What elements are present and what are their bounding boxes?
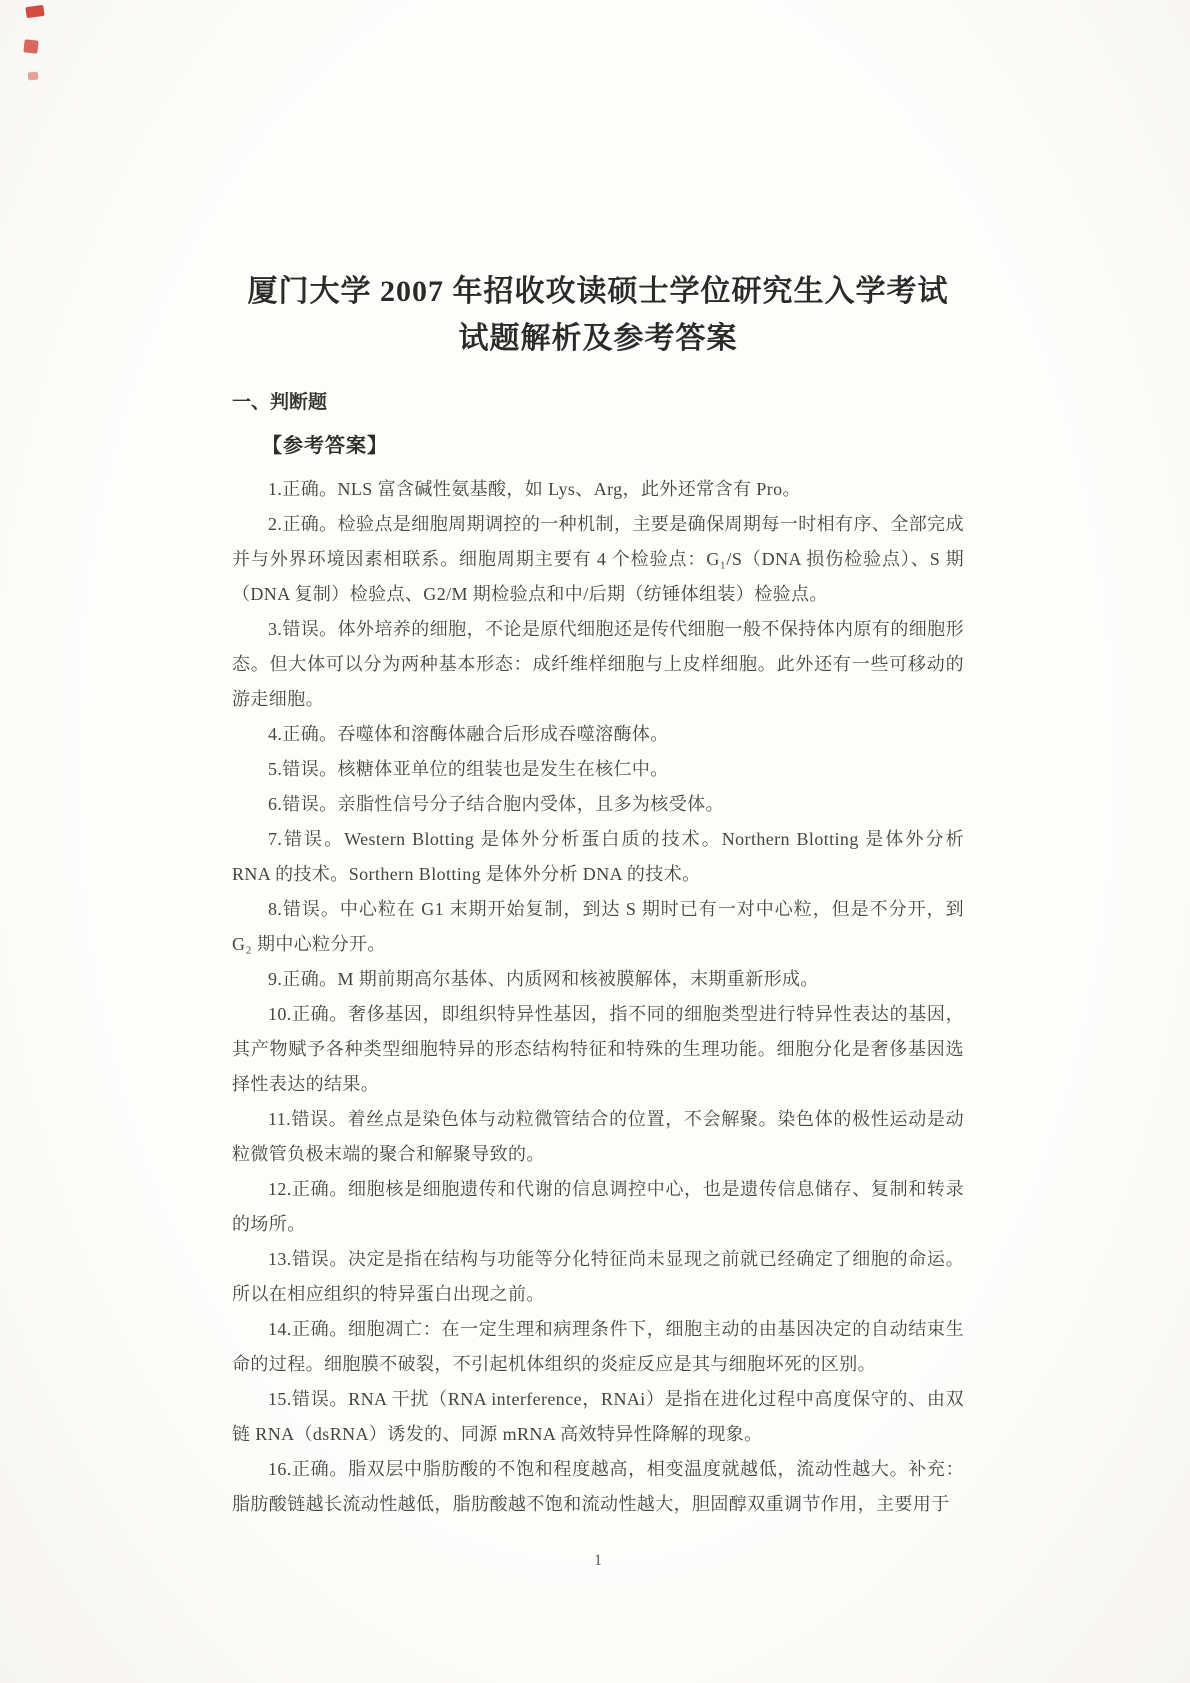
answer-item-5: 5.错误。核糖体亚单位的组装也是发生在核仁中。 [232, 752, 964, 787]
answer-item-1: 1.正确。NLS 富含碱性氨基酸，如 Lys、Arg，此外还常含有 Pro。 [232, 472, 964, 507]
answer-item-3: 3.错误。体外培养的细胞，不论是原代细胞还是传代细胞一般不保持体内原有的细胞形态… [232, 612, 964, 717]
answer-item-10: 10.正确。奢侈基因，即组织特异性基因，指不同的细胞类型进行特异性表达的基因，其… [232, 997, 964, 1102]
section-heading-judgment-questions: 一、判断题 [232, 388, 964, 418]
page-number: 1 [232, 1552, 964, 1570]
document-title-line-2: 试题解析及参考答案 [459, 322, 738, 355]
answer-item-7: 7.错误。Western Blotting 是体外分析蛋白质的技术。Northe… [232, 822, 964, 892]
document-content: 厦门大学 2007 年招收攻读硕士学位研究生入学考试试题解析及参考答案 一、判断… [232, 268, 964, 1570]
answer-item-8: 8.错误。中心粒在 G1 末期开始复制，到达 S 期时已有一对中心粒，但是不分开… [232, 892, 964, 962]
answer-item-12: 12.正确。细胞核是细胞遗传和代谢的信息调控中心，也是遗传信息储存、复制和转录的… [232, 1172, 964, 1242]
answer-item-15: 15.错误。RNA 干扰（RNA interference，RNAi）是指在进化… [232, 1382, 964, 1452]
reference-answers-header: 【参考答案】 [232, 430, 964, 462]
answer-item-4: 4.正确。吞噬体和溶酶体融合后形成吞噬溶酶体。 [232, 717, 964, 752]
answer-item-14: 14.正确。细胞凋亡：在一定生理和病理条件下，细胞主动的由基因决定的自动结束生命… [232, 1312, 964, 1382]
scanned-document-page: 厦门大学 2007 年招收攻读硕士学位研究生入学考试试题解析及参考答案 一、判断… [0, 0, 1190, 1683]
answer-item-2: 2.正确。检验点是细胞周期调控的一种机制，主要是确保周期每一时相有序、全部完成并… [232, 507, 964, 612]
document-title: 厦门大学 2007 年招收攻读硕士学位研究生入学考试试题解析及参考答案 [232, 268, 964, 362]
scan-artifact-mark [23, 39, 38, 53]
answer-item-11: 11.错误。着丝点是染色体与动粒微管结合的位置，不会解聚。染色体的极性运动是动粒… [232, 1102, 964, 1172]
answer-item-16: 16.正确。脂双层中脂肪酸的不饱和程度越高，相变温度就越低，流动性越大。补充：脂… [232, 1452, 964, 1522]
answer-item-13: 13.错误。决定是指在结构与功能等分化特征尚未显现之前就已经确定了细胞的命运。所… [232, 1242, 964, 1312]
document-title-line-1: 厦门大学 2007 年招收攻读硕士学位研究生入学考试 [248, 275, 949, 308]
answer-item-9: 9.正确。M 期前期高尔基体、内质网和核被膜解体，末期重新形成。 [232, 962, 964, 997]
scan-artifact-mark [25, 5, 44, 18]
scan-artifact-mark [28, 72, 39, 81]
answer-item-6: 6.错误。亲脂性信号分子结合胞内受体，且多为核受体。 [232, 787, 964, 822]
